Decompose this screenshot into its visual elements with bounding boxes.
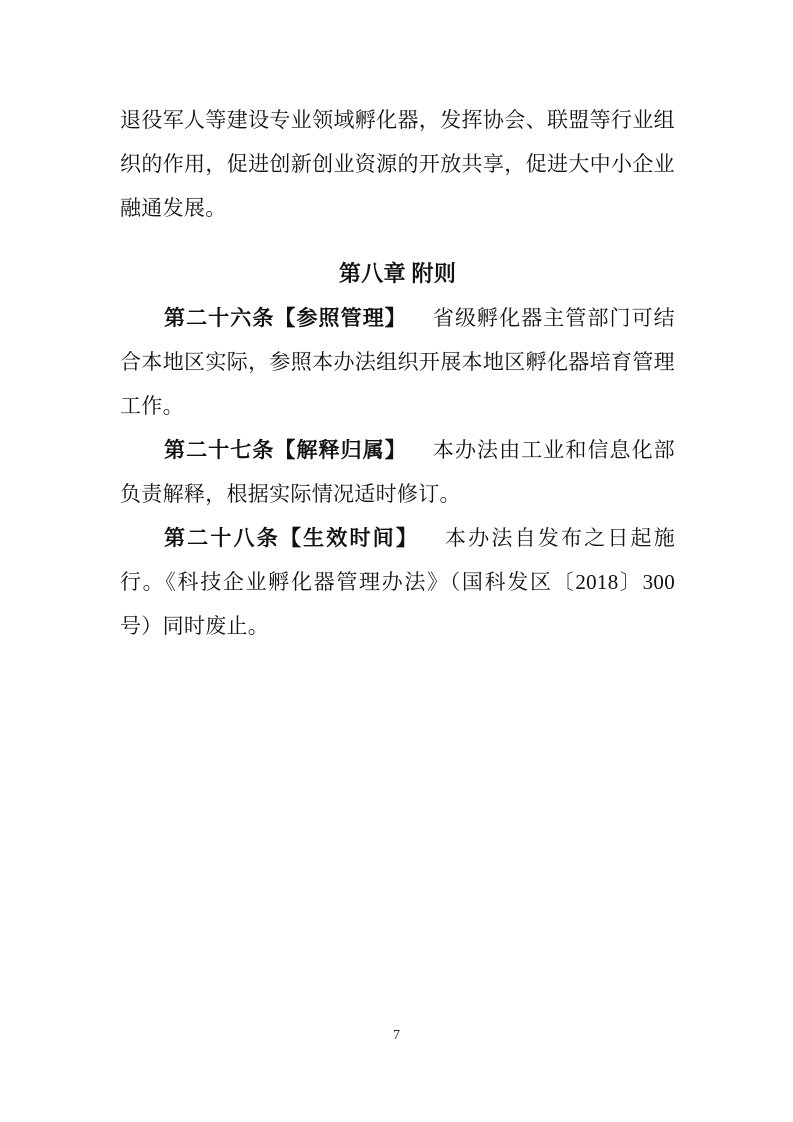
chapter-heading: 第八章 附则 bbox=[120, 252, 675, 296]
article-27: 第二十七条【解释归属】本办法由工业和信息化部负责解释，根据实际情况适时修订。 bbox=[120, 428, 675, 516]
article-26-label: 第二十六条【参照管理】 bbox=[164, 306, 433, 330]
article-26: 第二十六条【参照管理】省级孵化器主管部门可结合本地区实际，参照本办法组织开展本地… bbox=[120, 296, 675, 428]
page-footer: 7 bbox=[0, 1026, 793, 1046]
document-body: 退役军人等建设专业领域孵化器，发挥协会、联盟等行业组织的作用，促进创新创业资源的… bbox=[120, 98, 675, 648]
paragraph-continuation: 退役军人等建设专业领域孵化器，发挥协会、联盟等行业组织的作用，促进创新创业资源的… bbox=[120, 98, 675, 230]
article-28: 第二十八条【生效时间】本办法自发布之日起施行。《科技企业孵化器管理办法》（国科发… bbox=[120, 516, 675, 648]
article-28-label: 第二十八条【生效时间】 bbox=[164, 526, 445, 550]
page-number: 7 bbox=[393, 1028, 400, 1043]
document-page: 退役军人等建设专业领域孵化器，发挥协会、联盟等行业组织的作用，促进创新创业资源的… bbox=[0, 0, 793, 1122]
article-27-label: 第二十七条【解释归属】 bbox=[164, 438, 433, 462]
